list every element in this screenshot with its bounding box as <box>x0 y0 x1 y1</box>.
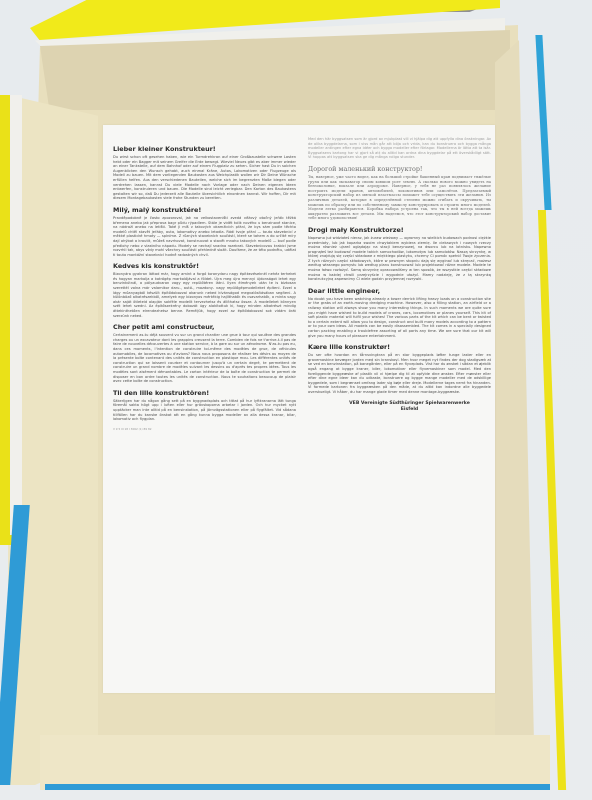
section-text: Pravděpodobně je často zpozoroval, jak n… <box>113 216 296 257</box>
left-column: Lieber kleiner Konstrukteur! Du wirst sc… <box>113 145 296 431</box>
section-german: Lieber kleiner Konstrukteur! Du wirst sc… <box>113 145 296 201</box>
section-text: Du ser ofte hvordan en tårnsvingkran på … <box>308 353 491 394</box>
section-swedish-continued: Med den här byggsatsen som är gjord av m… <box>308 137 491 160</box>
box-edge-bottom-blue <box>45 784 550 790</box>
section-heading: Dear little engineer, <box>308 287 491 295</box>
section-text: Med den här byggsatsen som är gjord av m… <box>308 137 491 160</box>
section-french: Cher petit ami constructeur, Certainemen… <box>113 323 296 384</box>
manufacturer-name: VEB Vereinigte Südthüringer Spielwarenwe… <box>328 401 491 407</box>
box-edge-left-white <box>10 95 22 535</box>
section-text: Certainement as-tu déjà souvent vu sur u… <box>113 333 296 384</box>
section-text: Ты, наверное, уже часто видел, как на бо… <box>308 175 491 221</box>
section-heading: Cher petit ami constructeur, <box>113 323 296 331</box>
manufacturer-city: Eisfeld <box>328 407 491 413</box>
section-swedish: Til den lille konstruktören! Säkerligen … <box>113 389 296 422</box>
section-heading: Дорогой маленький конструктор! <box>308 165 491 173</box>
section-heading: Drogi mały Konstruktorze! <box>308 226 491 234</box>
section-text: Säkerligen har du någon gång sett på en … <box>113 399 296 422</box>
section-hungarian: Kedves kis konstruktőr! Bizonyára gyakra… <box>113 262 296 318</box>
section-text: Du wirst schon oft gesehen haben, wie ei… <box>113 155 296 201</box>
section-heading: Til den lille konstruktören! <box>113 389 296 397</box>
section-english: Dear little engineer, No doubt you have … <box>308 287 491 338</box>
manufacturer-signature: VEB Vereinigte Südthüringer Spielwarenwe… <box>308 401 491 413</box>
print-imprint: V 9 5 III 18 I 3062 (1) 89 82 <box>113 427 296 431</box>
section-text: Bizonyára gyakran láttad már, hogy amint… <box>113 272 296 318</box>
section-heading: Kære lille konstruktør! <box>308 343 491 351</box>
section-heading: Kedves kis konstruktőr! <box>113 262 296 270</box>
section-czech: Milý, malý konstruktére! Pravděpodobně j… <box>113 206 296 257</box>
section-russian: Дорогой маленький конструктор! Ты, навер… <box>308 165 491 221</box>
section-heading: Lieber kleiner Konstrukteur! <box>113 145 296 153</box>
instruction-sheet: Lieber kleiner Konstrukteur! Du wirst sc… <box>103 125 495 693</box>
section-heading: Milý, malý konstruktére! <box>113 206 296 214</box>
section-text: Napewno już widziałeś nieraz, jak żuraw … <box>308 236 491 282</box>
right-column: Med den här byggsatsen som är gjord av m… <box>308 137 491 413</box>
section-text: No doubt you have been watching already … <box>308 297 491 338</box>
box-bottom-wall <box>40 735 550 790</box>
section-polish: Drogi mały Konstruktorze! Napewno już wi… <box>308 226 491 282</box>
section-danish: Kære lille konstruktør! Du ser ofte hvor… <box>308 343 491 394</box>
